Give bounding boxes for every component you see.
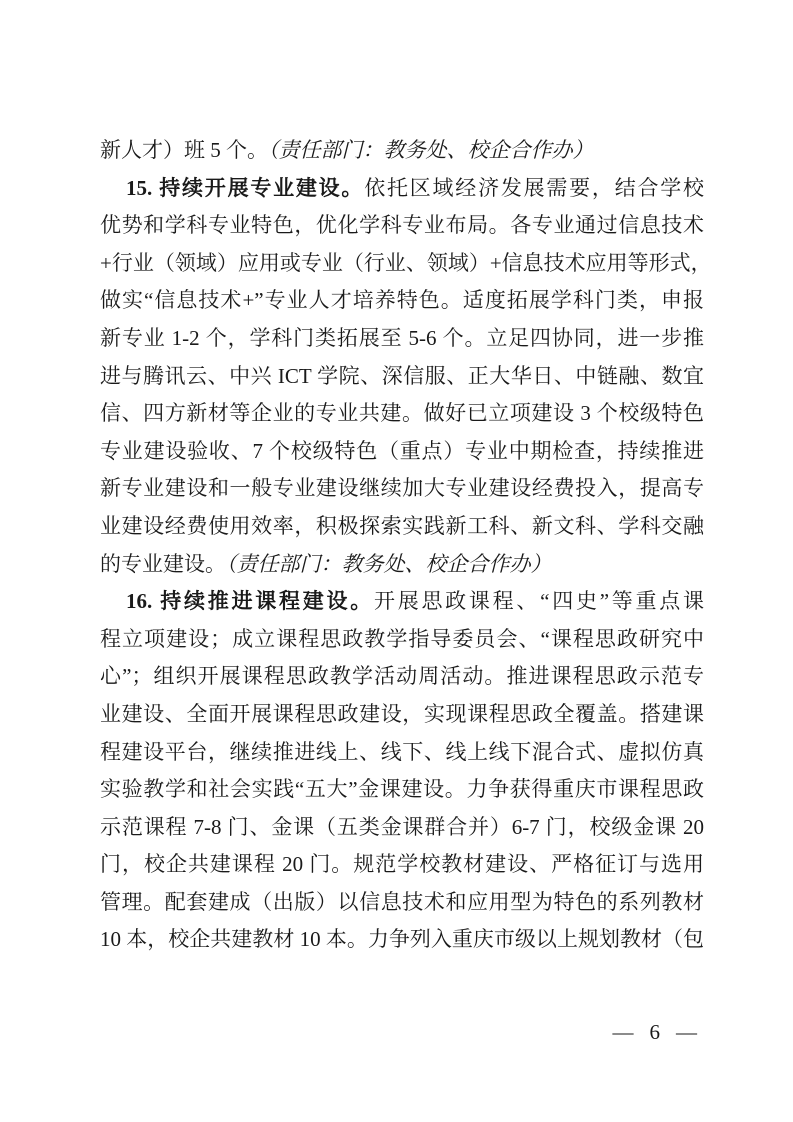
text-line: +行业（领域）应用或专业（行业、领域）+信息技术应用等形式， xyxy=(100,245,704,283)
text-line: 心”；组织开展课程思政教学活动周活动。推进课程思政示范专 xyxy=(100,658,704,696)
text-run: 做实“信息技术+”专业人才培养特色。适度拓展学科门类，申报 xyxy=(100,288,704,312)
text-line: 信、四方新材等企业的专业共建。做好已立项建设 3 个校级特色 xyxy=(100,395,704,433)
text-run: 业建设、全面开展课程思政建设，实现课程思政全覆盖。搭建课 xyxy=(100,702,704,726)
text-line: 程建设平台，继续推进线上、线下、线上线下混合式、虚拟仿真 xyxy=(100,734,704,772)
text-run: （责任部门：教务处、校企合作办） xyxy=(268,138,594,162)
text-run: 开展思政课程、“四史”等重点课 xyxy=(374,589,704,613)
text-run: 门，校企共建课程 20 门。规范学校教材建设、严格征订与选用 xyxy=(100,852,704,876)
text-line: 做实“信息技术+”专业人才培养特色。适度拓展学科门类，申报 xyxy=(100,282,704,320)
footer-dash-left: — xyxy=(613,1018,634,1046)
text-line: 业建设经费使用效率，积极探索实践新工科、新文科、学科交融 xyxy=(100,508,704,546)
text-line: 示范课程 7-8 门、金课（五类金课群合并）6-7 门，校级金课 20 xyxy=(100,809,704,847)
text-run: （责任部门：教务处、校企合作办） xyxy=(226,552,552,576)
text-line: 优势和学科专业特色，优化学科专业布局。各专业通过信息技术 xyxy=(100,207,704,245)
text-run: 新专业 1-2 个，学科门类拓展至 5-6 个。立足四协同，进一步推 xyxy=(100,326,704,350)
text-run: 优势和学科专业特色，优化学科专业布局。各专业通过信息技术 xyxy=(100,213,704,237)
text-run: 管理。配套建成（出版）以信息技术和应用型为特色的系列教材 xyxy=(100,890,704,914)
text-line: 实验教学和社会实践“五大”金课建设。力争获得重庆市课程思政 xyxy=(100,771,704,809)
text-run: 业建设经费使用效率，积极探索实践新工科、新文科、学科交融 xyxy=(100,514,704,538)
text-run: 16. 持续推进课程建设。 xyxy=(126,589,374,613)
text-run: 的专业建设。 xyxy=(100,552,226,576)
footer-page-number: 6 xyxy=(650,1018,661,1046)
text-line: 的专业建设。（责任部门：教务处、校企合作办） xyxy=(100,546,704,584)
text-line: 16. 持续推进课程建设。开展思政课程、“四史”等重点课 xyxy=(100,583,704,621)
footer-dash-right: — xyxy=(676,1018,697,1046)
text-run: 实验教学和社会实践“五大”金课建设。力争获得重庆市课程思政 xyxy=(100,777,704,801)
text-run: 程建设平台，继续推进线上、线下、线上线下混合式、虚拟仿真 xyxy=(100,740,704,764)
text-line: 业建设、全面开展课程思政建设，实现课程思政全覆盖。搭建课 xyxy=(100,696,704,734)
text-run: 新人才）班 5 个。 xyxy=(100,138,268,162)
page-footer: — 6 — xyxy=(613,1018,698,1046)
text-run: +行业（领域）应用或专业（行业、领域）+信息技术应用等形式， xyxy=(100,251,712,275)
document-body: 新人才）班 5 个。（责任部门：教务处、校企合作办）15. 持续开展专业建设。依… xyxy=(100,132,704,959)
text-run: 信、四方新材等企业的专业共建。做好已立项建设 3 个校级特色 xyxy=(100,401,704,425)
text-line: 新专业建设和一般专业建设继续加大专业建设经费投入，提高专 xyxy=(100,470,704,508)
text-run: 进与腾讯云、中兴 ICT 学院、深信服、正大华日、中链融、数宜 xyxy=(100,364,704,388)
text-run: 专业建设验收、7 个校级特色（重点）专业中期检查，持续推进 xyxy=(100,439,704,463)
text-line: 新人才）班 5 个。（责任部门：教务处、校企合作办） xyxy=(100,132,704,170)
text-run: 15. 持续开展专业建设。 xyxy=(126,176,364,200)
text-line: 专业建设验收、7 个校级特色（重点）专业中期检查，持续推进 xyxy=(100,433,704,471)
text-run: 10 本，校企共建教材 10 本。力争列入重庆市级以上规划教材（包 xyxy=(100,927,704,951)
text-line: 程立项建设；成立课程思政教学指导委员会、“课程思政研究中 xyxy=(100,621,704,659)
text-run: 依托区域经济发展需要，结合学校 xyxy=(364,176,704,200)
text-line: 新专业 1-2 个，学科门类拓展至 5-6 个。立足四协同，进一步推 xyxy=(100,320,704,358)
text-run: 示范课程 7-8 门、金课（五类金课群合并）6-7 门，校级金课 20 xyxy=(100,815,704,839)
text-line: 15. 持续开展专业建设。依托区域经济发展需要，结合学校 xyxy=(100,170,704,208)
text-line: 10 本，校企共建教材 10 本。力争列入重庆市级以上规划教材（包 xyxy=(100,921,704,959)
text-line: 门，校企共建课程 20 门。规范学校教材建设、严格征订与选用 xyxy=(100,846,704,884)
text-line: 管理。配套建成（出版）以信息技术和应用型为特色的系列教材 xyxy=(100,884,704,922)
text-run: 程立项建设；成立课程思政教学指导委员会、“课程思政研究中 xyxy=(100,627,704,651)
text-run: 心”；组织开展课程思政教学活动周活动。推进课程思政示范专 xyxy=(100,664,704,688)
text-run: 新专业建设和一般专业建设继续加大专业建设经费投入，提高专 xyxy=(100,476,704,500)
text-line: 进与腾讯云、中兴 ICT 学院、深信服、正大华日、中链融、数宜 xyxy=(100,358,704,396)
